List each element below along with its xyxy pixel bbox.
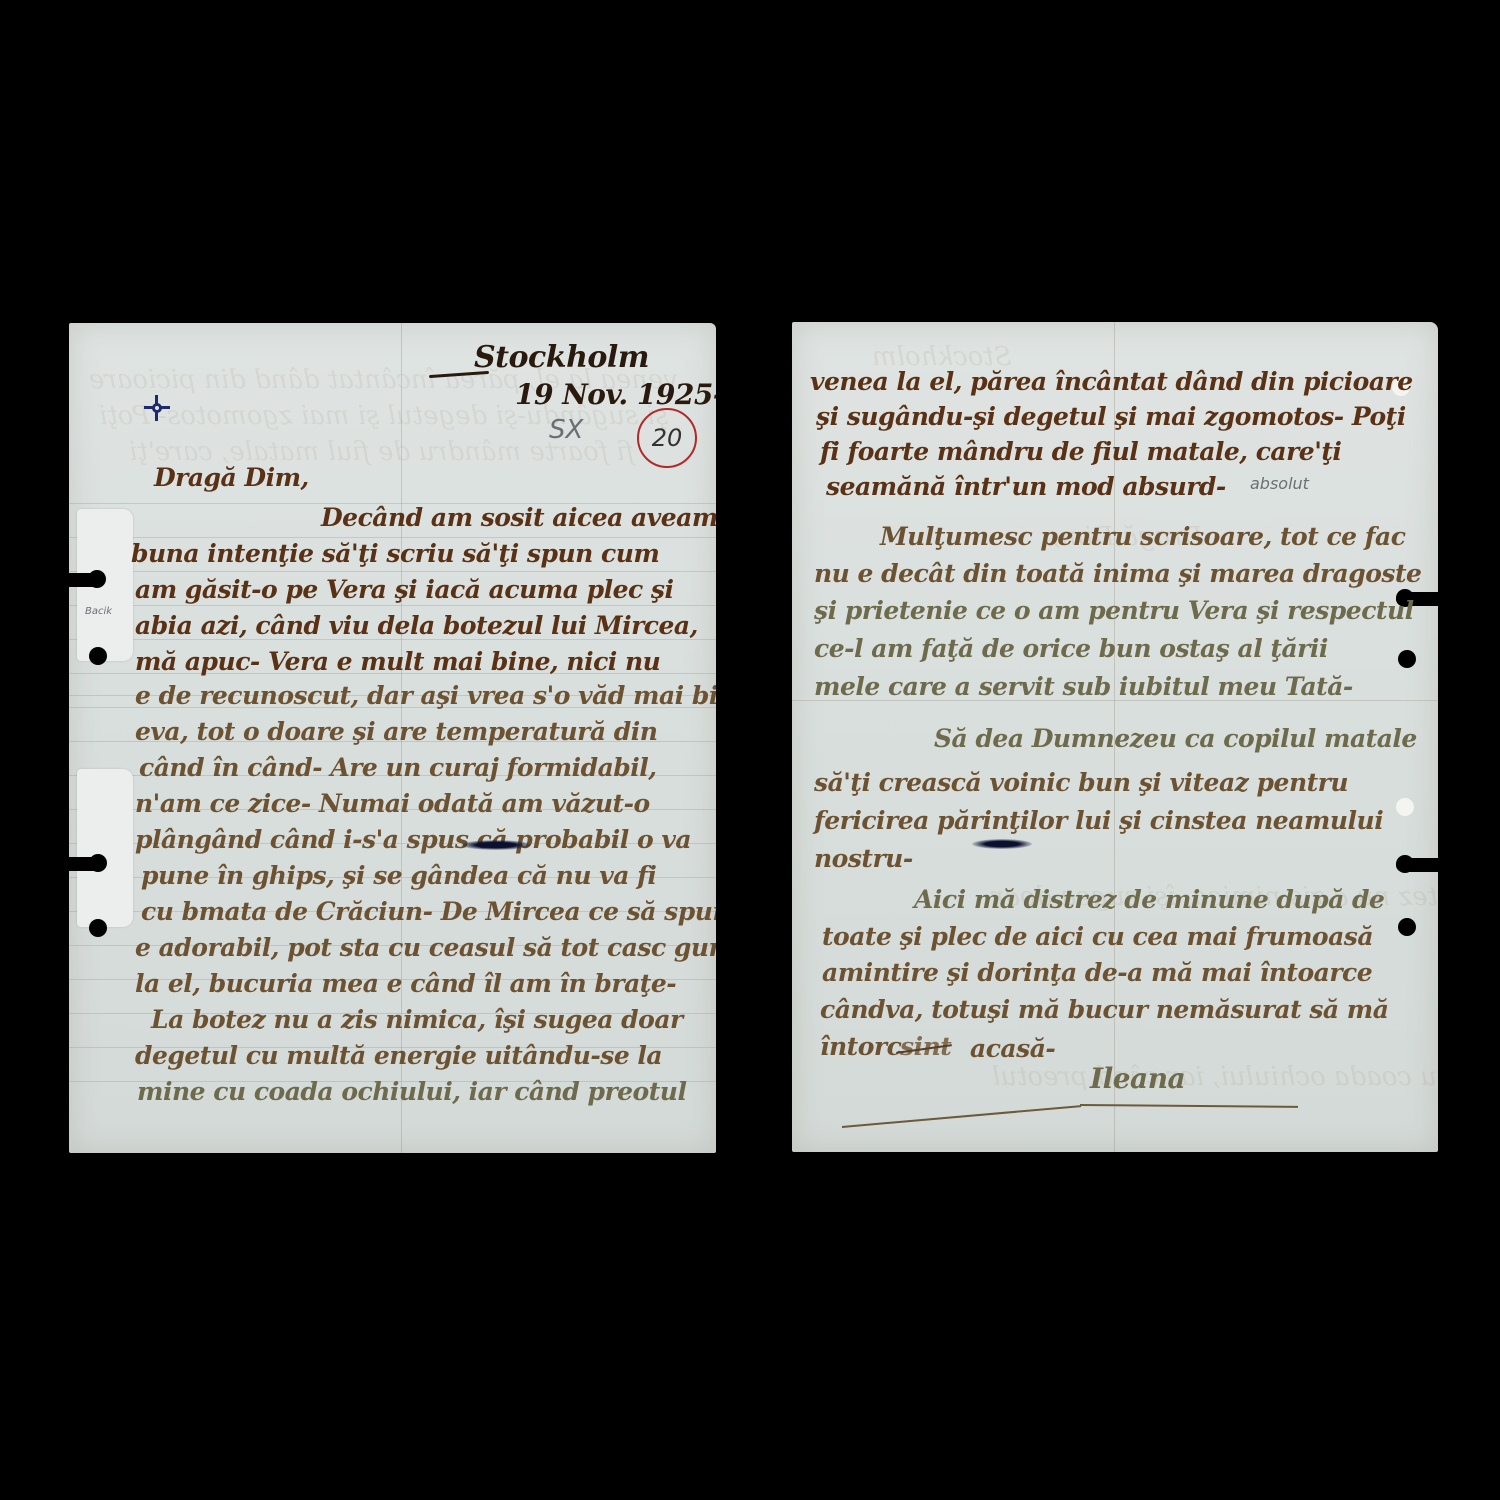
punch-hole xyxy=(1396,855,1414,873)
signature-flourish xyxy=(842,1105,1081,1128)
letter-line: Mulţumesc pentru scrisoare, tot ce fac xyxy=(880,522,1405,551)
letter-page-left: venea la el, părea încântat dând din pic… xyxy=(69,323,716,1153)
date-heading: 19 Nov. 1925- xyxy=(515,378,716,411)
letter-line: venea la el, părea încântat dând din pic… xyxy=(810,367,1413,396)
letter-line: amintire şi dorinţa de-a mă mai întoarce xyxy=(822,958,1372,987)
ink-blot xyxy=(461,840,531,850)
signature-flourish xyxy=(1080,1104,1298,1108)
letter-line-suffix: acasă- xyxy=(970,1034,1055,1063)
letter-line: cândva, totuşi mă bucur nemăsurat să mă xyxy=(820,995,1388,1024)
punch-hole xyxy=(89,919,107,937)
ruled-line xyxy=(69,605,716,606)
letter-line: am găsit-o pe Vera şi iacă acuma plec şi xyxy=(135,575,674,604)
pencil-mark: SX xyxy=(549,415,583,445)
letter-line: abia azi, când viu dela botezul lui Mirc… xyxy=(135,611,698,640)
punch-hole xyxy=(89,647,107,665)
ruled-line xyxy=(69,571,716,572)
letter-line: nostru- xyxy=(814,844,913,873)
letter-line: mă apuc- Vera e mult mai bine, nici nu xyxy=(135,647,660,676)
tab-pencil-note: Bacik xyxy=(85,606,112,617)
letter-line: eva, tot o doare şi are temperatură din xyxy=(135,717,657,746)
pencil-note: absolut xyxy=(1250,474,1309,493)
letter-line: când în când- Are un curaj formidabil, xyxy=(139,753,656,782)
punch-hole xyxy=(1398,650,1416,668)
letter-line: fi foarte mândru de fiul matale, care'ţi xyxy=(820,437,1341,466)
letter-line: mine cu coada ochiului, iar când preotul xyxy=(137,1077,686,1106)
letter-line: n'am ce zice- Numai odată am văzut-o xyxy=(135,789,650,818)
punch-hole xyxy=(88,570,106,588)
letter-line: să'ţi crească voinic bun şi viteaz pentr… xyxy=(814,768,1348,797)
letter-line: Aici mă distrez de minune după de xyxy=(914,885,1384,914)
bleed-through-text: mine cu coada ochiului, iar când preotul xyxy=(992,1062,1438,1092)
letter-line: e de recunoscut, dar aşi vrea s'o văd ma… xyxy=(135,681,716,710)
letter-line-prefix: întorc xyxy=(820,1032,901,1061)
letter-line: buna intenţie să'ţi scriu să'ţi spun cum xyxy=(131,539,659,568)
ink-blot xyxy=(972,839,1032,849)
ruled-line xyxy=(69,537,716,538)
salutation: Dragă Dim, xyxy=(154,463,309,492)
archive-page-number: 20 xyxy=(637,408,697,468)
letter-line: Să dea Dumnezeu ca copilul matale xyxy=(934,724,1417,753)
letter-line: mele care a servit sub iubitul meu Tată- xyxy=(814,672,1353,701)
letter-line: La botez nu a zis nimica, îşi sugea doar xyxy=(151,1005,683,1034)
letter-line: şi prietenie ce o am pentru Vera şi resp… xyxy=(814,596,1414,625)
signature: Ileana xyxy=(1090,1062,1185,1095)
punch-hole xyxy=(89,854,107,872)
letter-line: fericirea părinţilor lui şi cinstea neam… xyxy=(814,806,1383,835)
letter-line: Decând am sosit aicea aveam xyxy=(321,503,716,532)
punch-hole xyxy=(1398,918,1416,936)
letter-line: cu bmata de Crăciun- De Mircea ce să spu… xyxy=(141,897,716,926)
letter-line: nu e decât din toată inima şi marea drag… xyxy=(814,559,1421,588)
cross-emblem-icon xyxy=(144,395,170,421)
binding-tab xyxy=(77,769,133,927)
letter-line: plângând când i-s'a spus că probabil o v… xyxy=(135,825,691,854)
letter-line: seamănă într'un mod absurd- xyxy=(826,472,1226,501)
place-heading: Stockholm xyxy=(474,340,649,375)
letter-line: pune în ghips, şi se gândea că nu va fi xyxy=(141,861,656,890)
letter-page-right: Stockholm Dragă Dim, La botez nu a zis n… xyxy=(792,322,1438,1152)
letter-line: la el, bucuria mea e când îl am în braţe… xyxy=(135,969,676,998)
letter-line: toate şi plec de aici cu cea mai frumoas… xyxy=(822,922,1373,951)
letter-line: degetul cu multă energie uitându-se la xyxy=(135,1041,662,1070)
letter-line: ce-l am faţă de orice bun ostaş al ţării xyxy=(814,634,1328,663)
letter-line: e adorabil, pot sta cu ceasul să tot cas… xyxy=(135,933,716,962)
paper-tear xyxy=(1396,798,1414,816)
letter-line: şi sugându-şi degetul şi mai zgomotos- P… xyxy=(816,402,1406,431)
